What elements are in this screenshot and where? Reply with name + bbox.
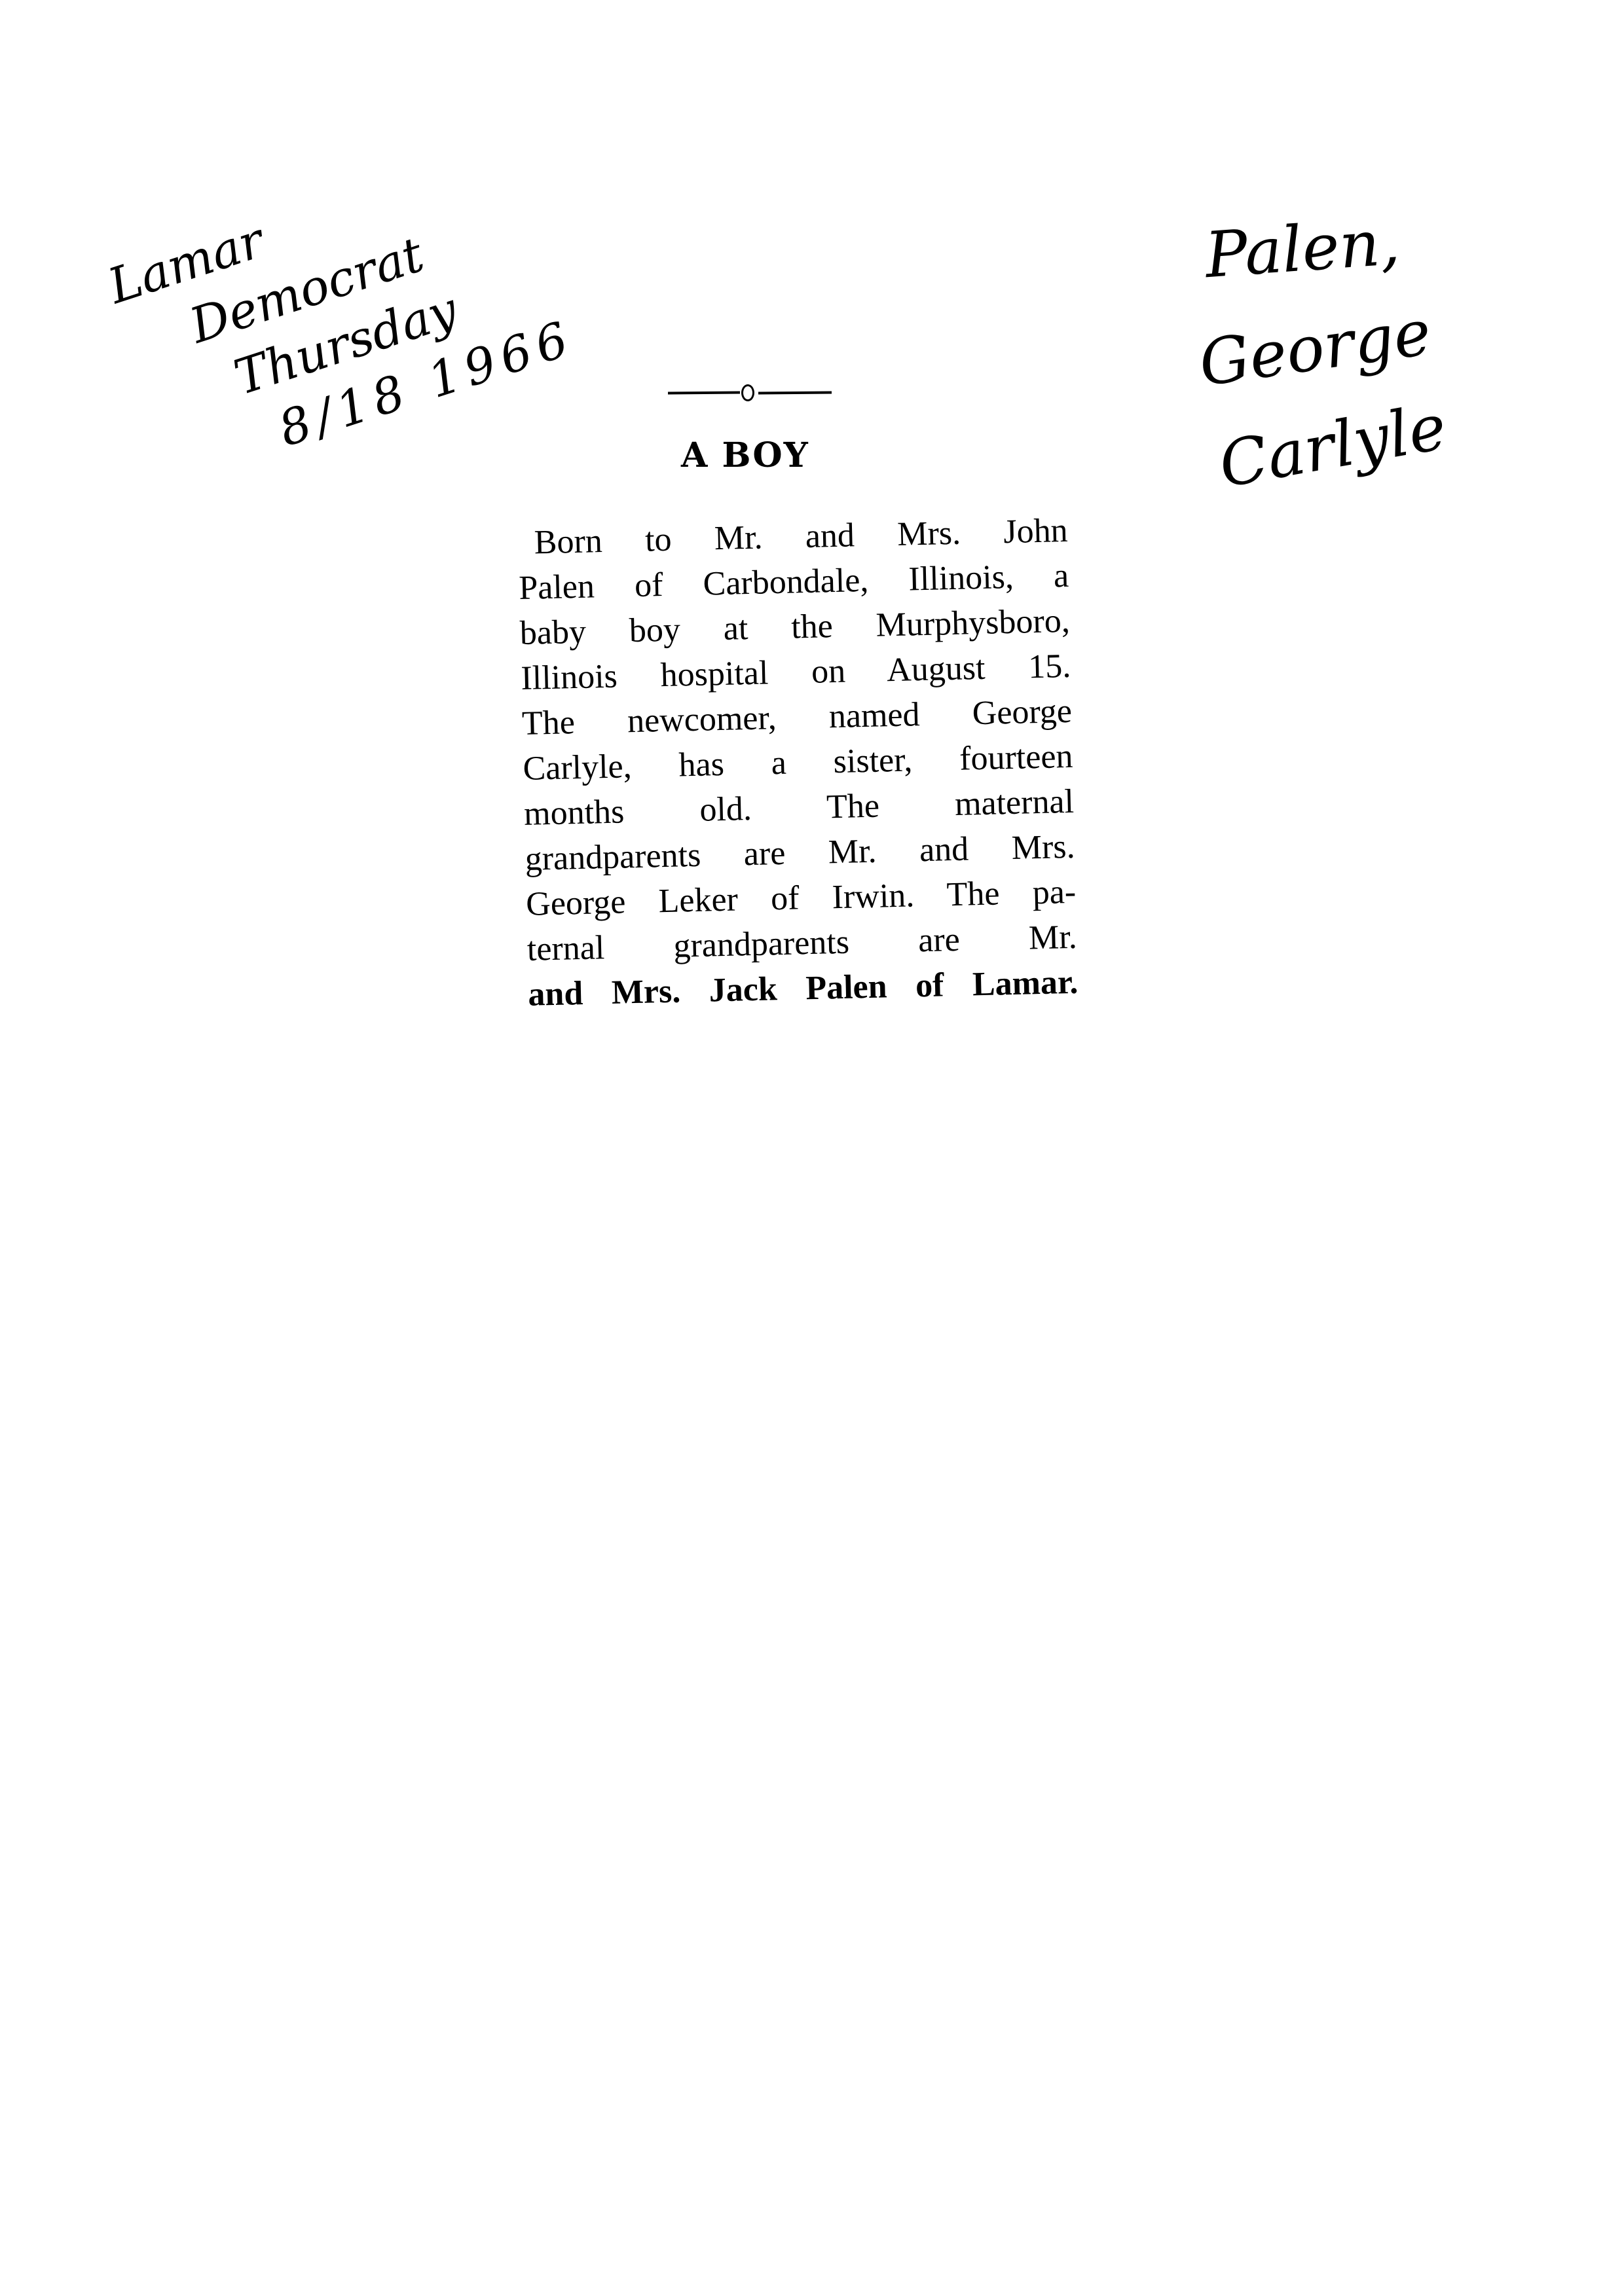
handwritten-source-note: Lamar Democrat Thursday 8/18 1966 [94, 118, 621, 540]
handwritten-subject-name: Palen, George Carlyle [1192, 196, 1493, 537]
article-headline: A BOY [681, 435, 809, 475]
separator-ring-icon [741, 384, 754, 401]
separator-rule-right [758, 392, 832, 395]
separator-rule-left [668, 392, 740, 395]
section-separator [668, 383, 832, 403]
article-body: Born to Mr. and Mrs. John Palen of Carbo… [517, 507, 1092, 1017]
